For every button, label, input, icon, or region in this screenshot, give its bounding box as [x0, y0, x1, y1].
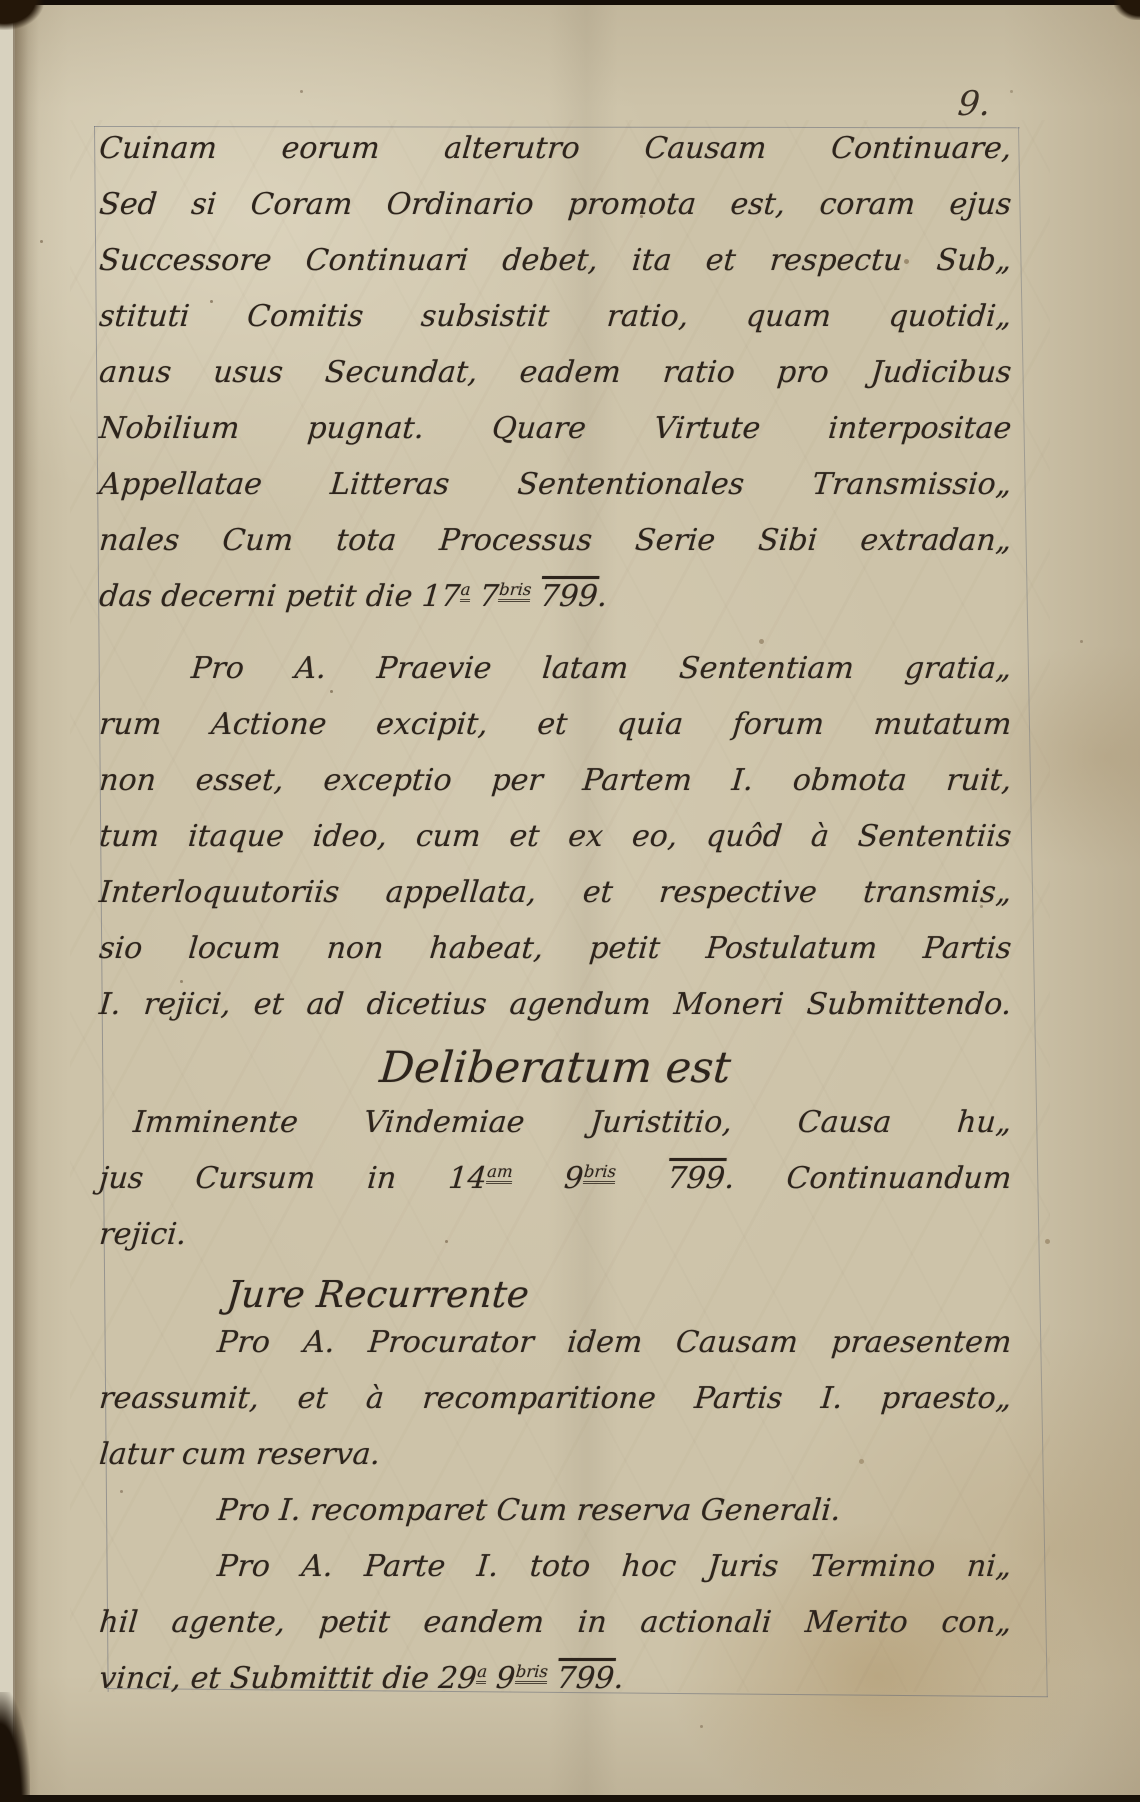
manuscript-line: Deliberatum est	[96, 1043, 1013, 1105]
manuscript-line: Successore Continuari debet, ita et resp…	[96, 243, 1013, 299]
manuscript-line: Appellatae Litteras Sententionales Trans…	[96, 467, 1013, 523]
pencil-margin-line-top	[94, 126, 1020, 128]
binding-corner-top-left	[0, 0, 44, 30]
manuscript-line: stituti Comitis subsistit ratio, quam qu…	[96, 299, 1013, 355]
manuscript-line: rum Actione excipit, et quia forum mutat…	[96, 707, 1013, 763]
scan-edge-bottom	[0, 1795, 1140, 1802]
manuscript-line: das decerni petit die 17a 7bris 799.	[96, 579, 1013, 635]
manuscript-line: tum itaque ideo, cum et ex eo, quôd à Se…	[96, 819, 1013, 875]
binding-corner-top-right	[1114, 0, 1140, 20]
manuscript-line: reassumit, et à recomparitione Partis I.…	[96, 1381, 1013, 1437]
manuscript-line: non esset, exceptio per Partem I. obmota…	[96, 763, 1013, 819]
manuscript-line: sio locum non habeat, petit Postulatum P…	[96, 931, 1013, 987]
manuscript-line: Pro A. Parte I. toto hoc Juris Termino n…	[96, 1549, 1013, 1605]
manuscript-line: hil agente, petit eandem in actionali Me…	[96, 1605, 1013, 1661]
manuscript-line: Pro A. Praevie latam Sententiam gratia„	[96, 651, 1013, 707]
manuscript-line: nales Cum tota Processus Serie Sibi extr…	[96, 523, 1013, 579]
binding-gutter-shadow	[13, 0, 39, 1802]
manuscript-line: Cuinam eorum alterutro Causam Continuare…	[96, 131, 1013, 187]
manuscript-line: Nobilium pugnat. Quare Virtute interposi…	[96, 411, 1013, 467]
manuscript-line: Jure Recurrente	[96, 1273, 1013, 1325]
binding-corner-bottom-left	[0, 1692, 30, 1802]
manuscript-line: I. rejici, et ad dicetius agendum Moneri…	[96, 987, 1013, 1043]
manuscript-line: jus Cursum in 14am 9bris 799. Continuand…	[96, 1161, 1013, 1217]
manuscript-line: Imminente Vindemiae Juristitio, Causa hu…	[96, 1105, 1013, 1161]
manuscript-line: Interloquutoriis appellata, et respectiv…	[96, 875, 1013, 931]
page-number: 9.	[956, 84, 993, 124]
manuscript-line: Pro A. Procurator idem Causam praesentem	[96, 1325, 1013, 1381]
pencil-margin-line-right	[1018, 127, 1048, 1697]
manuscript-lines: Cuinam eorum alterutro Causam Continuare…	[96, 131, 1008, 1717]
manuscript-line: anus usus Secundat, eadem ratio pro Judi…	[96, 355, 1013, 411]
manuscript-line: rejici.	[96, 1217, 1013, 1273]
manuscript-line: Pro I. recomparet Cum reserva Generali.	[96, 1493, 1013, 1549]
manuscript-page-scan: 9. Cuinam eorum alterutro Causam Continu…	[0, 0, 1140, 1802]
manuscript-line: latur cum reserva.	[96, 1437, 1013, 1493]
manuscript-line: vinci, et Submittit die 29a 9bris 799.	[96, 1661, 1013, 1717]
manuscript-line: Sed si Coram Ordinario promota est, cora…	[96, 187, 1013, 243]
scan-edge-top	[0, 0, 1140, 5]
